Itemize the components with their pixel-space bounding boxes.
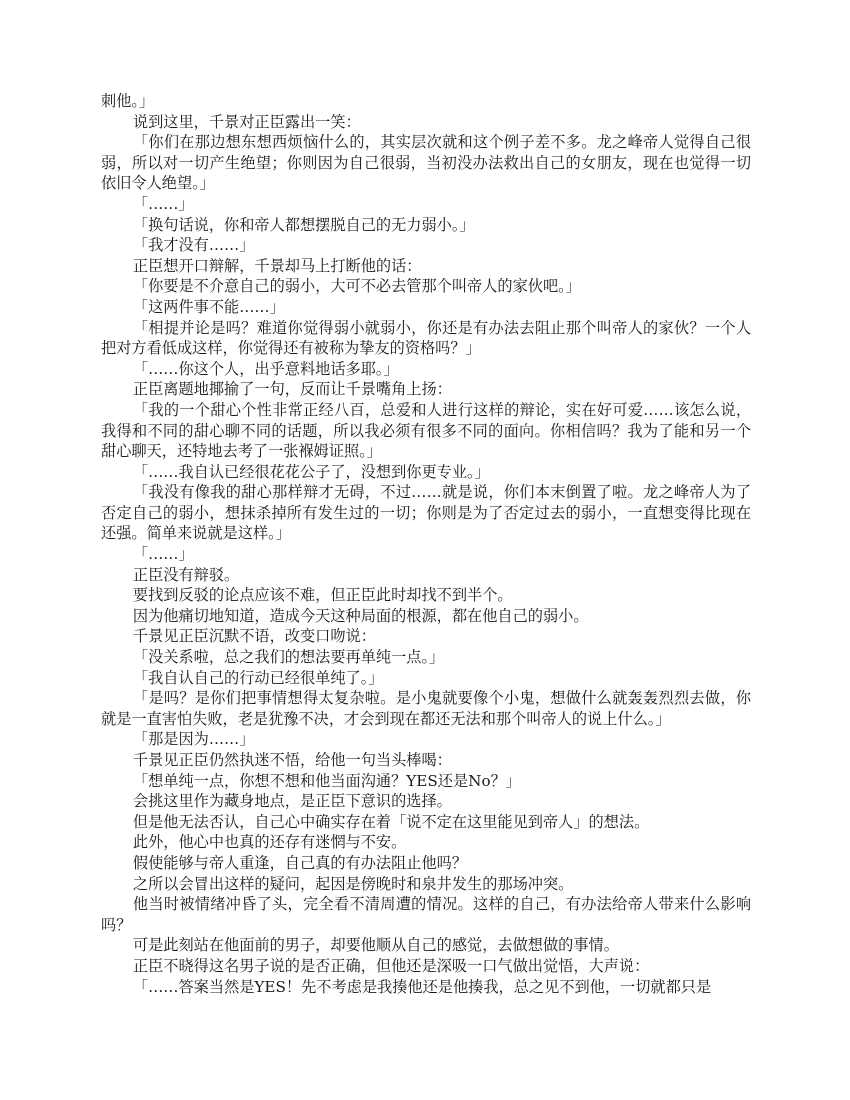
paragraph: 「……你这个人，出乎意料地话多耶。」 bbox=[101, 359, 751, 380]
paragraph: 「……我自认已经很花花公子了，没想到你更专业。」 bbox=[101, 462, 751, 483]
paragraph: 「……」 bbox=[101, 194, 751, 215]
paragraph: 刺他。」 bbox=[101, 91, 751, 112]
paragraph: 「是吗？是你们把事情想得太复杂啦。是小鬼就要像个小鬼，想做什么就轰轰烈烈去做，你… bbox=[101, 688, 751, 729]
paragraph: 「相提并论是吗？难道你觉得弱小就弱小，你还是有办法去阻止那个叫帝人的家伙？一个人… bbox=[101, 318, 751, 359]
paragraph: 「换句话说，你和帝人都想摆脱自己的无力弱小。」 bbox=[101, 215, 751, 236]
paragraph: 但是他无法否认，自己心中确实存在着「说不定在这里能见到帝人」的想法。 bbox=[101, 812, 751, 833]
paragraph: 正臣不晓得这名男子说的是否正确，但他还是深吸一口气做出觉悟，大声说： bbox=[101, 956, 751, 977]
paragraph: 「你们在那边想东想西烦恼什么的，其实层次就和这个例子差不多。龙之峰帝人觉得自己很… bbox=[101, 132, 751, 194]
paragraph: 正臣想开口辩解，千景却马上打断他的话： bbox=[101, 256, 751, 277]
paragraph: 他当时被情绪冲昏了头，完全看不清周遭的情况。这样的自己，有办法给帝人带来什么影响… bbox=[101, 894, 751, 935]
paragraph: 千景见正臣沉默不语，改变口吻说： bbox=[101, 626, 751, 647]
paragraph: 「我的一个甜心个性非常正经八百，总爱和人进行这样的辩论，实在好可爱……该怎么说，… bbox=[101, 400, 751, 462]
document-page: 刺他。」 说到这里，千景对正臣露出一笑： 「你们在那边想东想西烦恼什么的，其实层… bbox=[101, 91, 751, 997]
paragraph: 「我自认自己的行动已经很单纯了。」 bbox=[101, 668, 751, 689]
paragraph: 可是此刻站在他面前的男子，却要他顺从自己的感觉，去做想做的事情。 bbox=[101, 935, 751, 956]
paragraph: 「我才没有……」 bbox=[101, 235, 751, 256]
paragraph: 之所以会冒出这样的疑问，起因是傍晚时和泉井发生的那场冲突。 bbox=[101, 874, 751, 895]
paragraph: 正臣没有辩驳。 bbox=[101, 565, 751, 586]
paragraph: 「……」 bbox=[101, 544, 751, 565]
paragraph: 「这两件事不能……」 bbox=[101, 297, 751, 318]
paragraph: 「你要是不介意自己的弱小，大可不必去管那个叫帝人的家伙吧。」 bbox=[101, 276, 751, 297]
paragraph: 正臣离题地揶揄了一句，反而让千景嘴角上扬： bbox=[101, 379, 751, 400]
paragraph: 说到这里，千景对正臣露出一笑： bbox=[101, 112, 751, 133]
paragraph: 「想单纯一点，你想不想和他当面沟通？YES还是No？」 bbox=[101, 771, 751, 792]
paragraph: 此外，他心中也真的还存有迷惘与不安。 bbox=[101, 832, 751, 853]
paragraph: 会挑这里作为藏身地点，是正臣下意识的选择。 bbox=[101, 791, 751, 812]
paragraph: 假使能够与帝人重逢，自己真的有办法阻止他吗？ bbox=[101, 853, 751, 874]
paragraph: 要找到反驳的论点应该不难，但正臣此时却找不到半个。 bbox=[101, 585, 751, 606]
paragraph: 「没关系啦，总之我们的想法要再单纯一点。」 bbox=[101, 647, 751, 668]
paragraph: 「那是因为……」 bbox=[101, 729, 751, 750]
paragraph: 「我没有像我的甜心那样辩才无碍，不过……就是说，你们本末倒置了啦。龙之峰帝人为了… bbox=[101, 482, 751, 544]
paragraph: 千景见正臣仍然执迷不悟，给他一句当头棒喝： bbox=[101, 750, 751, 771]
paragraph: 「……答案当然是YES！先不考虑是我揍他还是他揍我，总之见不到他，一切就都只是 bbox=[101, 977, 751, 998]
paragraph: 因为他痛切地知道，造成今天这种局面的根源，都在他自己的弱小。 bbox=[101, 606, 751, 627]
